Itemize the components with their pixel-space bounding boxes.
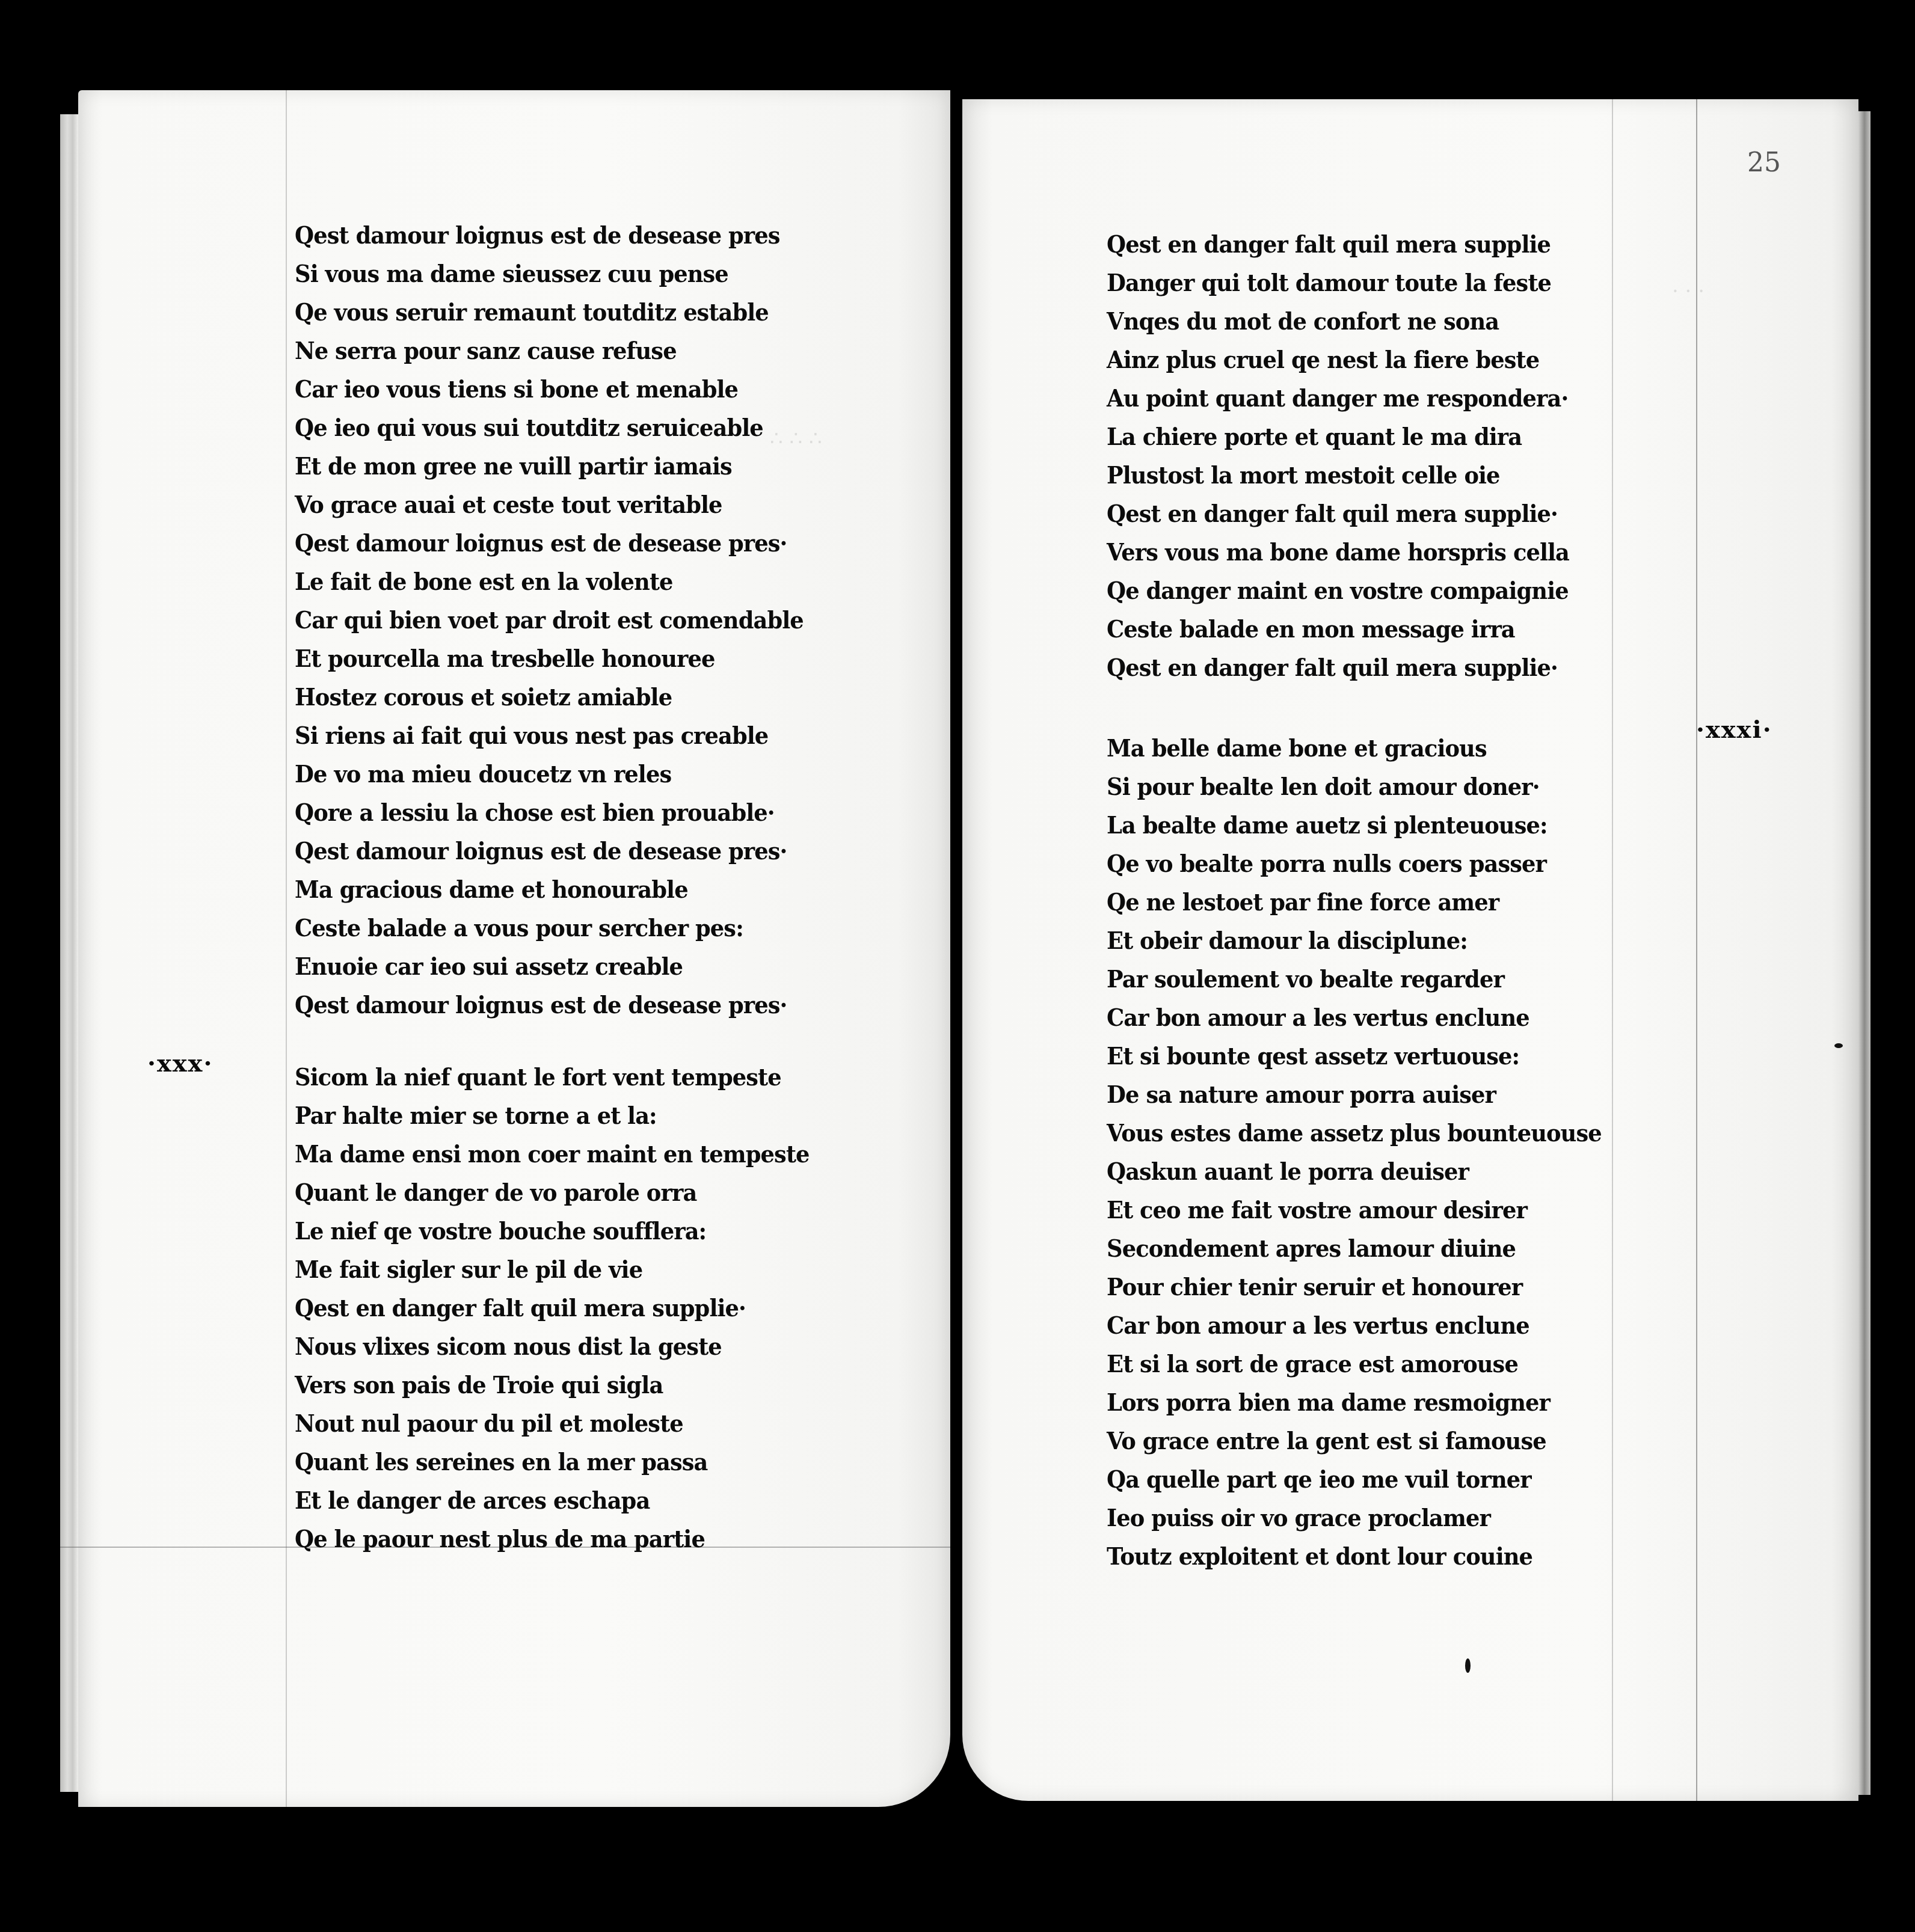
verse-line: Quant les sereines en la mer passa	[295, 1443, 809, 1482]
ballade-number-mark-left: ·xxx·	[147, 1049, 213, 1078]
verse-line: Quant le danger de vo parole orra	[295, 1174, 809, 1212]
verse-line: La bealte dame auetz si plenteuouse:	[1107, 806, 1602, 845]
verse-line: Ma dame ensi mon coer maint en tempeste	[295, 1135, 809, 1174]
envoi-line: Enuoie car ieo sui assetz creable	[295, 948, 809, 986]
verse-line: Ieo puiss oir vo grace proclamer	[1107, 1499, 1602, 1538]
verse-line: Au point quant danger me respondera·	[1107, 379, 1602, 418]
envoi-line: Vers vous ma bone dame horspris cella	[1107, 533, 1602, 572]
refrain-line: Qest en danger falt quil mera supplie·	[1107, 495, 1602, 533]
verse-line: Si pour bealte len doit amour doner·	[1107, 768, 1602, 806]
verse-line: Nout nul paour du pil et moleste	[295, 1405, 809, 1443]
ballade-number-mark-right: ·xxxi·	[1696, 716, 1772, 744]
verse-line: Qe vo bealte porra nulls coers passer	[1107, 845, 1602, 883]
verse-line: Pour chier tenir seruir et honourer	[1107, 1268, 1602, 1307]
verse-line: Et pourcella ma tresbelle honouree	[295, 640, 809, 678]
verse-line: Si riens ai fait qui vous nest pas creab…	[295, 717, 809, 755]
verse-line: Et le danger de arces eschapa	[295, 1482, 809, 1520]
verse-line: Par soulement vo bealte regarder	[1107, 960, 1602, 999]
verse-line: Qe le paour nest plus de ma partie	[295, 1520, 809, 1559]
verse-line: Plustost la mort mestoit celle oie	[1107, 456, 1602, 495]
left-page-edge	[60, 114, 78, 1792]
right-page-text: Qest en danger falt quil mera supplie Da…	[1107, 225, 1644, 1576]
verse-line: Si vous ma dame sieussez cuu pense	[295, 255, 809, 293]
envoi-line: Ceste balade en mon message irra	[1107, 610, 1602, 649]
verse-line: Le fait de bone est en la volente	[295, 563, 809, 601]
verse-line: Me fait sigler sur le pil de vie	[295, 1251, 809, 1289]
verse-line: Et obeir damour la disciplune:	[1107, 922, 1602, 960]
verse-line: De vo ma mieu doucetz vn reles	[295, 755, 809, 794]
verse-line: Et ceo me fait vostre amour desirer	[1107, 1191, 1602, 1230]
verse-line: Vo grace entre la gent est si famouse	[1107, 1422, 1602, 1461]
verse-line-illuminated: Sicom la nief quant le fort vent tempest…	[295, 1058, 809, 1097]
verse-line: Qest damour loignus est de desease pres	[295, 216, 809, 255]
ruling-line-vertical	[1696, 99, 1697, 1801]
refrain-line: Car bon amour a les vertus enclune	[1107, 1307, 1602, 1345]
envoi-line: Ma gracious dame et honourable	[295, 871, 809, 909]
verse-line: Ne serra pour sanz cause refuse	[295, 332, 809, 370]
refrain-line: Qest en danger falt quil mera supplie	[1107, 225, 1602, 264]
verse-line: Lors porra bien ma dame resmoigner	[1107, 1384, 1602, 1422]
left-page-text: Qest damour loignus est de desease pres …	[295, 216, 854, 1559]
verse-line: Ainz plus cruel qe nest la fiere beste	[1107, 341, 1602, 379]
refrain-line: Qest damour loignus est de desease pres·	[295, 832, 809, 871]
right-page-edge	[1858, 111, 1870, 1795]
verse-line: Qore a lessiu la chose est bien prouable…	[295, 794, 809, 832]
ruling-line-vertical	[286, 90, 287, 1807]
verse-line: Le nief qe vostre bouche soufflera:	[295, 1212, 809, 1251]
stanza-gap	[295, 1025, 854, 1058]
verse-line: Qe ne lestoet par fine force amer	[1107, 883, 1602, 922]
verse-line: Et si la sort de grace est amorouse	[1107, 1345, 1602, 1384]
verse-line: Qe ieo qui vous sui toutditz seruiceable	[295, 409, 809, 447]
verse-line: Qaskun auant le porra deuiser	[1107, 1153, 1602, 1191]
verse-line: Et si bounte qest assetz vertuouse:	[1107, 1037, 1602, 1076]
ink-spot	[1834, 1043, 1843, 1048]
stanza-gap	[1107, 687, 1644, 729]
refrain-line: Qest damour loignus est de desease pres·	[295, 524, 809, 563]
bleed-through-text: · · ·	[1672, 280, 1704, 304]
verse-line-illuminated: Ma belle dame bone et gracious	[1107, 729, 1602, 768]
verse-line: Qa quelle part qe ieo me vuil torner	[1107, 1461, 1602, 1499]
verse-line: Qe vous seruir remaunt toutditz estable	[295, 293, 809, 332]
verse-line: De sa nature amour porra auiser	[1107, 1076, 1602, 1114]
verse-line: Vous estes dame assetz plus bounteuouse	[1107, 1114, 1602, 1153]
verse-line: Vnqes du mot de confort ne sona	[1107, 302, 1602, 341]
verse-line: Vo grace auai et ceste tout veritable	[295, 486, 809, 524]
verse-line: Toutz exploitent et dont lour couine	[1107, 1538, 1602, 1576]
verse-line: Vers son pais de Troie qui sigla	[295, 1366, 809, 1405]
refrain-line: Qest en danger falt quil mera supplie·	[1107, 649, 1602, 687]
verse-line: Car qui bien voet par droit est comendab…	[295, 601, 809, 640]
verse-line: Hostez corous et soietz amiable	[295, 678, 809, 717]
verse-line: Et de mon gree ne vuill partir iamais	[295, 447, 809, 486]
envoi-line: Ceste balade a vous pour sercher pes:	[295, 909, 809, 948]
refrain-line: Car bon amour a les vertus enclune	[1107, 999, 1602, 1037]
verse-line: Danger qui tolt damour toute la feste	[1107, 264, 1602, 302]
verse-line: La chiere porte et quant le ma dira	[1107, 418, 1602, 456]
verse-line: Par halte mier se torne a et la:	[295, 1097, 809, 1135]
folio-number: 25	[1747, 147, 1781, 178]
verse-line: Nous vlixes sicom nous dist la geste	[295, 1328, 809, 1366]
ink-spot	[1465, 1658, 1471, 1673]
verse-line: Secondement apres lamour diuine	[1107, 1230, 1602, 1268]
refrain-line: Qest en danger falt quil mera supplie·	[295, 1289, 809, 1328]
refrain-line: Qest damour loignus est de desease pres·	[295, 986, 809, 1025]
verse-line: Car ieo vous tiens si bone et menable	[295, 370, 809, 409]
envoi-line: Qe danger maint en vostre compaignie	[1107, 572, 1602, 610]
